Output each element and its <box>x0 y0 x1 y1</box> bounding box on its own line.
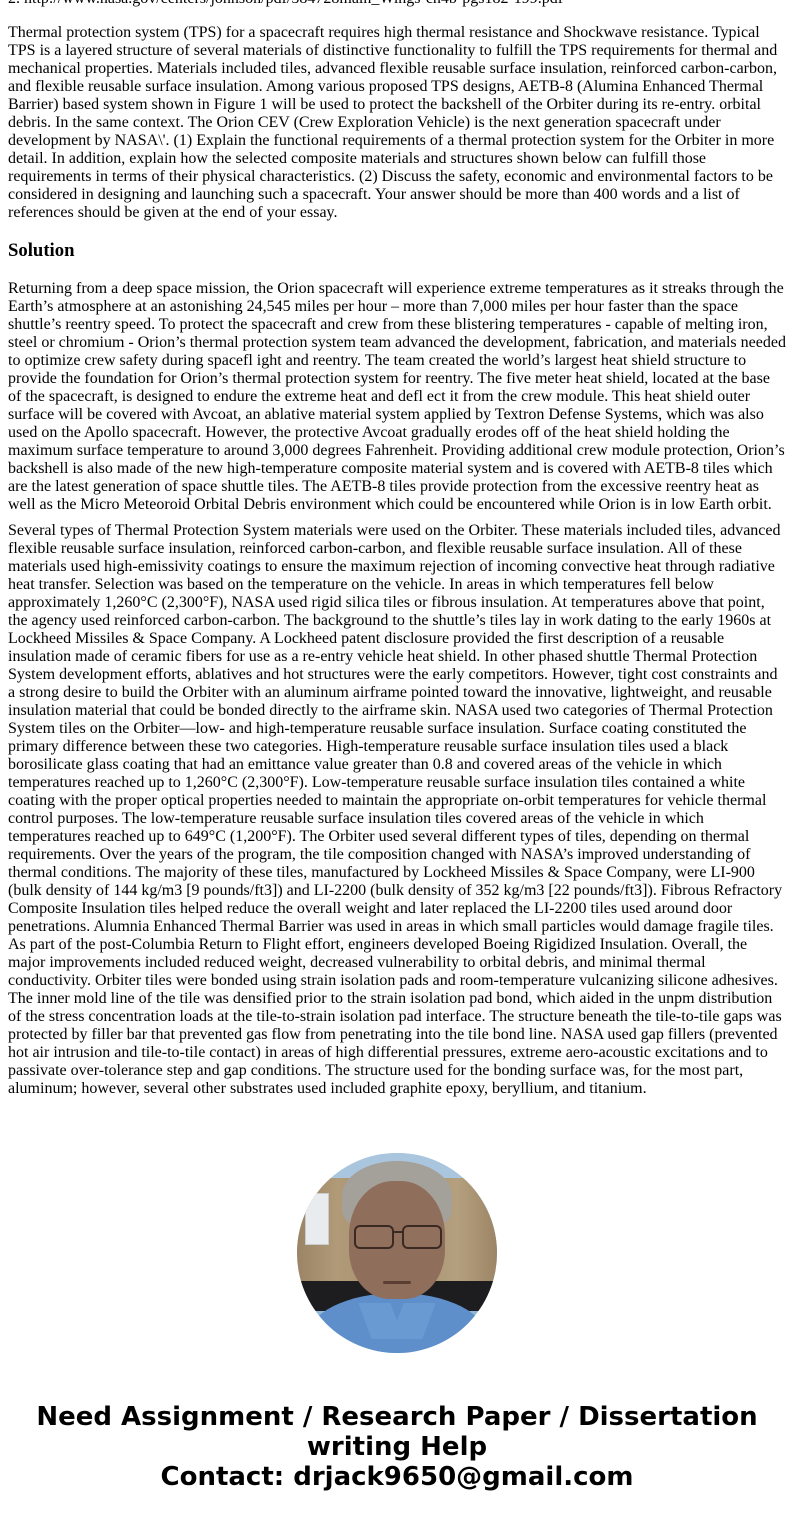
glasses-icon <box>402 1225 442 1249</box>
document-body: 2. http://www.nasa.gov/centers/johnson/p… <box>8 0 786 1106</box>
avatar-mouth <box>383 1281 411 1284</box>
reference-link[interactable]: 2. http://www.nasa.gov/centers/johnson/p… <box>8 0 786 8</box>
question-text: Thermal protection system (TPS) for a sp… <box>8 24 786 222</box>
solution-paragraph: Several types of Thermal Protection Syst… <box>8 522 786 1098</box>
avatar <box>297 1153 497 1353</box>
solution-heading: Solution <box>8 240 786 262</box>
glasses-icon <box>354 1225 394 1249</box>
glasses-bridge <box>392 1231 402 1233</box>
cta-subline: writing Help <box>0 1432 794 1462</box>
cta-headline: Need Assignment / Research Paper / Disse… <box>0 1402 794 1432</box>
solution-paragraph: Returning from a deep space mission, the… <box>8 280 786 514</box>
contact-email[interactable]: Contact: drjack9650@gmail.com <box>0 1462 794 1492</box>
contact-banner: Need Assignment / Research Paper / Disse… <box>0 1402 794 1492</box>
avatar-wall-switch <box>305 1193 329 1245</box>
